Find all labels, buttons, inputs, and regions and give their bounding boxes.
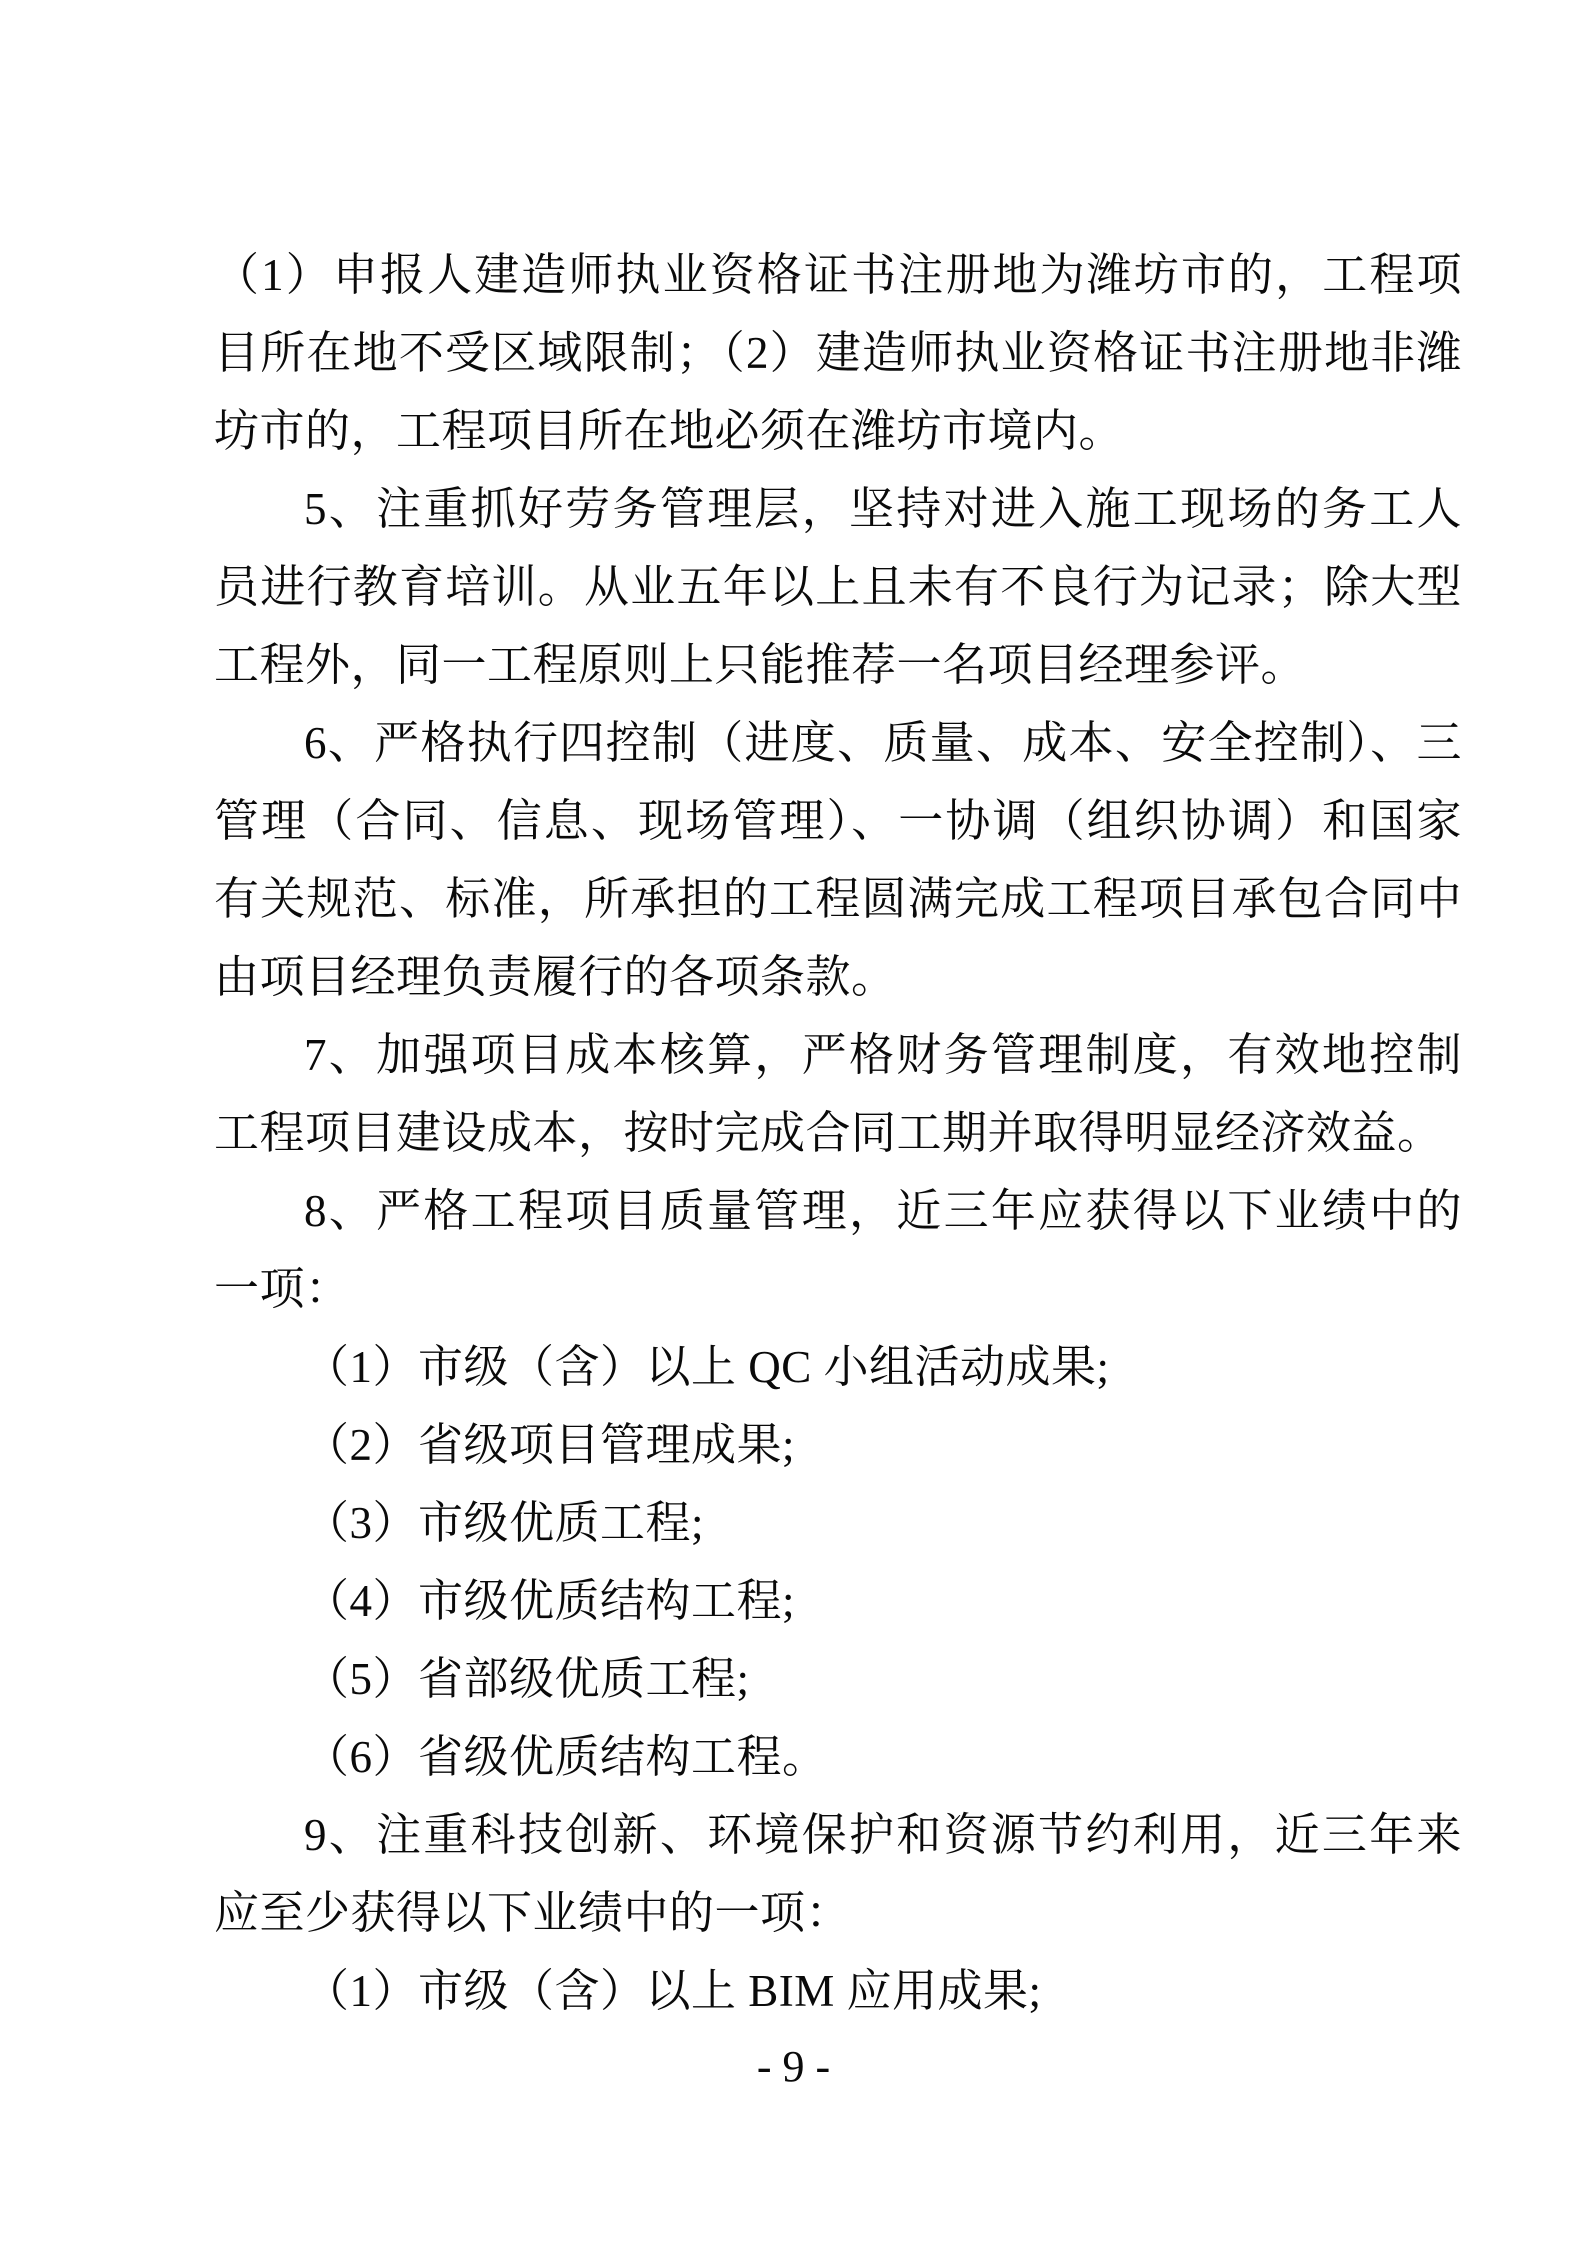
document-body: （1）申报人建造师执业资格证书注册地为潍坊市的，工程项目所在地不受区域限制；（2… (214, 236, 1462, 2030)
paragraph: （6）省级优质结构工程。 (214, 1718, 1462, 1796)
page-number: - 9 - (757, 2042, 830, 2091)
page-footer: - 9 - (0, 2042, 1587, 2092)
paragraph: （1）市级（含）以上 BIM 应用成果; (214, 1952, 1462, 2030)
paragraph: （4）市级优质结构工程; (214, 1562, 1462, 1640)
paragraph: （3）市级优质工程; (214, 1484, 1462, 1562)
paragraph: 8、严格工程项目质量管理，近三年应获得以下业绩中的一项： (214, 1172, 1462, 1328)
paragraph: （2）省级项目管理成果; (214, 1406, 1462, 1484)
document-page: （1）申报人建造师执业资格证书注册地为潍坊市的，工程项目所在地不受区域限制；（2… (0, 0, 1587, 2245)
paragraph: （1）市级（含）以上 QC 小组活动成果; (214, 1328, 1462, 1406)
paragraph: 9、注重科技创新、环境保护和资源节约利用，近三年来应至少获得以下业绩中的一项： (214, 1796, 1462, 1952)
paragraph: 6、严格执行四控制（进度、质量、成本、安全控制）、三管理（合同、信息、现场管理）… (214, 704, 1462, 1016)
paragraph: （5）省部级优质工程; (214, 1640, 1462, 1718)
paragraph: （1）申报人建造师执业资格证书注册地为潍坊市的，工程项目所在地不受区域限制；（2… (214, 236, 1462, 470)
paragraph: 5、注重抓好劳务管理层，坚持对进入施工现场的务工人员进行教育培训。从业五年以上且… (214, 470, 1462, 704)
paragraph: 7、加强项目成本核算，严格财务管理制度，有效地控制工程项目建设成本，按时完成合同… (214, 1016, 1462, 1172)
